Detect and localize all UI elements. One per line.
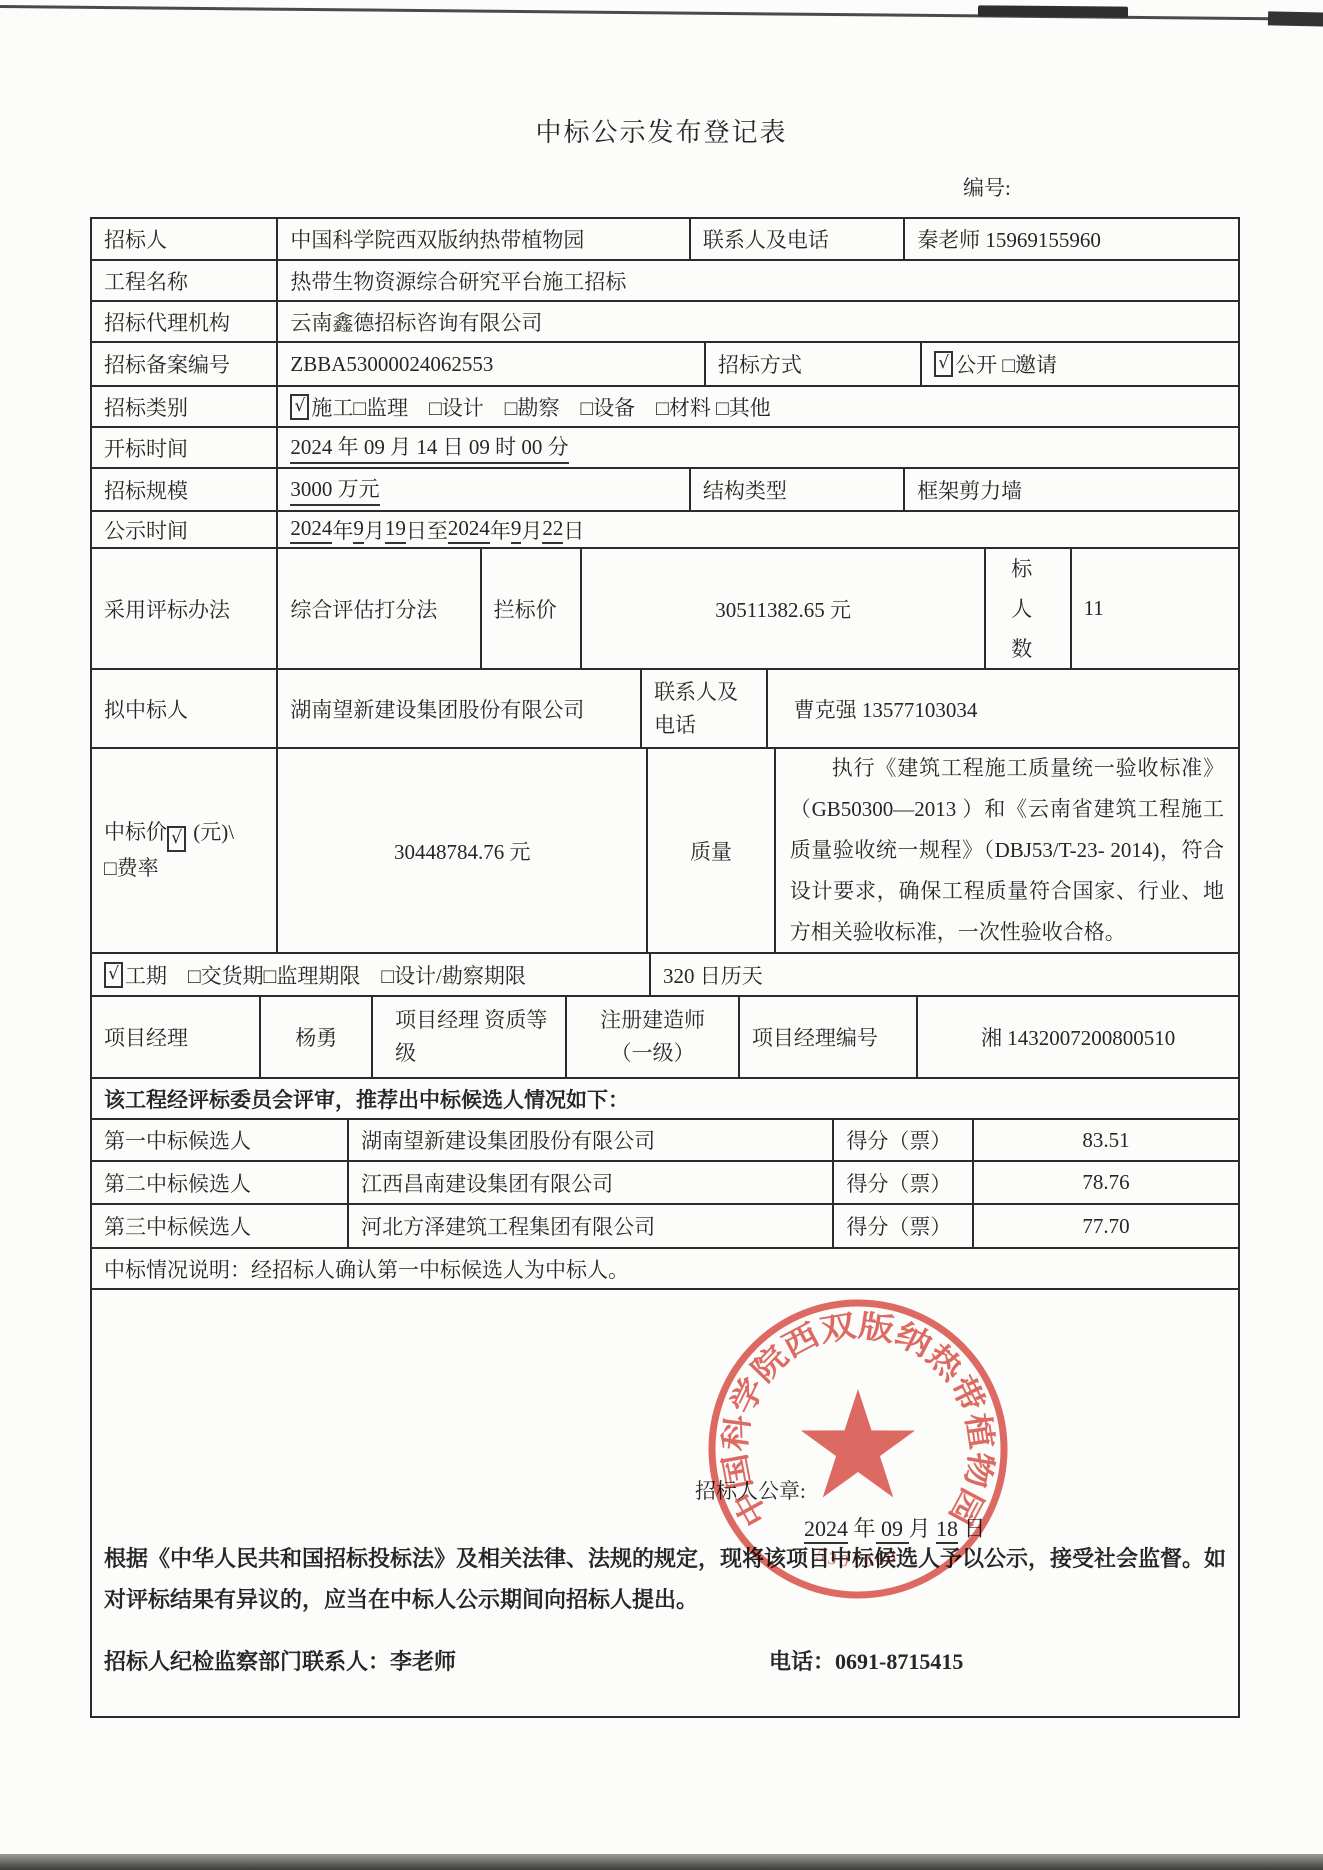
ceiling-price-value: 30511382.65 元 [582,549,986,668]
score-label: 得分（票） [834,1120,974,1160]
structure-type-value: 框架剪力墙 [905,469,1238,510]
project-name-label: 工程名称 [92,261,278,300]
seal-star-icon [801,1389,915,1498]
table-row: 招标备案编号 ZBBA53000024062553 招标方式 √公开 □邀请 [92,343,1238,387]
bid-category-checked: 施工 [311,392,353,422]
open-time-label: 开标时间 [92,428,278,467]
project-name-value: 热带生物资源综合研究平台施工招标 [278,261,1238,300]
checked-checkbox-icon: √ [167,826,186,852]
table-row: 该工程经评标委员会评审，推荐出中标候选人情况如下： [92,1079,1238,1120]
bidder-label: 招标人 [92,219,278,259]
winner-contact-value: 曹克强 13577103034 [768,670,1238,747]
proposed-winner-label: 拟中标人 [92,670,278,747]
candidate-rank-label: 第三中标候选人 [92,1205,349,1247]
result-note: 中标情况说明：经招标人确认第一中标候选人为中标人。 [92,1249,1238,1288]
quality-requirement: 执行《建筑工程施工质量统一验收标准》（GB50300—2013 ）和《云南省建筑… [776,749,1238,952]
publicity-time-label: 公示时间 [92,512,278,547]
candidate-company: 河北方泽建筑工程集团有限公司 [349,1205,834,1247]
candidate-score: 78.76 [974,1162,1238,1203]
table-row: 开标时间 2024 年 09 月 14 日 09 时 00 分 [92,428,1238,469]
discipline-contact: 招标人纪检监察部门联系人：李老师 [104,1645,456,1676]
legal-statement: 根据《中华人民共和国招标投标法》及相关法律、法规的规定，现将该项目中标候选人予以… [104,1538,1226,1620]
manager-grade-value: 注册建造师 （一级） [567,997,739,1077]
project-manager-label: 项目经理 [92,997,261,1077]
bidder-value: 中国科学院西双版纳热带植物园 [278,219,691,259]
bidder-contact-value: 秦老师 15969155960 [905,219,1238,259]
record-no-value: ZBBA53000024062553 [278,343,705,385]
proposed-winner-value: 湖南望新建设集团股份有限公司 [278,670,642,747]
scale-value: 3000 万元 [278,469,691,510]
evaluation-method-value: 综合评估打分法 [278,549,481,668]
official-red-seal: 中国科学院西双版纳热带植物园 5301000 [698,1299,1018,1619]
bid-category-options: √施工□监理 □设计 □勘察 □设备 □材料 □其他 [278,387,1238,426]
duration-options: √工期 □交货期□监理期限 □设计/勘察期限 [92,954,651,995]
table-row: √工期 □交货期□监理期限 □设计/勘察期限 320 日历天 [92,954,1238,997]
candidate-score: 77.70 [974,1205,1238,1247]
evaluation-method-label: 采用评标办法 [92,549,278,668]
bidder-count-value: 11 [1072,549,1238,668]
duration-checked: 工期 [125,960,167,990]
candidate-company: 江西昌南建设集团有限公司 [349,1162,834,1203]
agency-label: 招标代理机构 [92,302,278,341]
ceiling-price-label: 拦标价 [482,549,583,668]
table-row: 招标类别 √施工□监理 □设计 □勘察 □设备 □材料 □其他 [92,387,1238,428]
table-row: 项目经理 杨勇 项目经理 资质等级 注册建造师 （一级） 项目经理编号 湘 14… [92,997,1238,1079]
registration-table: 招标人 中国科学院西双版纳热带植物园 联系人及电话 秦老师 1596915596… [90,217,1240,1718]
bidder-contact-label: 联系人及电话 [691,219,905,259]
quality-label: 质量 [648,749,776,952]
candidate-company: 湖南望新建设集团股份有限公司 [349,1120,834,1160]
table-row: 招标代理机构 云南鑫德招标咨询有限公司 [92,302,1238,343]
bidder-count-label: 投 标 人 数 量 [986,549,1072,668]
checked-checkbox-icon: √ [934,351,953,377]
bid-method-options: √公开 □邀请 [922,343,1238,385]
candidate-row: 第三中标候选人 河北方泽建筑工程集团有限公司 得分（票） 77.70 [92,1205,1238,1249]
score-label: 得分（票） [834,1205,974,1247]
candidate-rank-label: 第二中标候选人 [92,1162,349,1203]
bid-method-label: 招标方式 [706,343,922,385]
scan-artifact-blob [978,5,1128,17]
duration-others: □交货期□监理期限 □设计/勘察期限 [167,960,526,990]
winning-price-label: 中标价√ (元)\ □费率 [92,749,278,952]
footer-cell: 招标人公章: 2024 年 09 月 18 日 根据《中华人民共和国招标投标法》… [92,1290,1238,1716]
manager-no-value: 湘 1432007200800510 [918,997,1238,1077]
table-row: 招标人公章: 2024 年 09 月 18 日 根据《中华人民共和国招标投标法》… [92,1290,1238,1716]
scale-label: 招标规模 [92,469,278,510]
discipline-phone: 电话：0691-8715415 [769,1645,963,1676]
score-label: 得分（票） [834,1162,974,1203]
winning-price-value: 30448784.76 元 [278,749,648,952]
candidate-row: 第一中标候选人 湖南望新建设集团股份有限公司 得分（票） 83.51 [92,1120,1238,1162]
publicity-time-value: 2024 年 9 月 19 日至 2024 年 9 月 22 日 [278,512,1238,547]
seal-serial-number: 5301000 [814,1545,902,1571]
winner-contact-label: 联系人及 电话 [642,670,768,747]
open-time-value: 2024 年 09 月 14 日 09 时 00 分 [278,428,1238,467]
table-row: 中标价√ (元)\ □费率 30448784.76 元 质量 执行《建筑工程施工… [92,749,1238,954]
page-title: 中标公示发布登记表 [0,112,1323,149]
table-row: 招标人 中国科学院西双版纳热带植物园 联系人及电话 秦老师 1596915596… [92,219,1238,261]
scanned-document-page: 中标公示发布登记表 编号: 招标人 中国科学院西双版纳热带植物园 联系人及电话 … [0,0,1323,1870]
record-no-label: 招标备案编号 [92,343,278,385]
manager-no-label: 项目经理编号 [740,997,918,1077]
open-time-text: 2024 年 09 月 14 日 09 时 00 分 [290,431,568,464]
table-row: 公示时间 2024 年 9 月 19 日至 2024 年 9 月 22 日 [92,512,1238,549]
manager-grade-label: 项目经理 资质等级 [373,997,567,1077]
committee-note: 该工程经评标委员会评审，推荐出中标候选人情况如下： [92,1079,1238,1118]
candidate-rank-label: 第一中标候选人 [92,1120,349,1160]
scan-artifact-bottom-strip [0,1854,1323,1870]
scan-artifact-corner [1268,11,1323,26]
agency-value: 云南鑫德招标咨询有限公司 [278,302,1238,341]
table-row: 招标规模 3000 万元 结构类型 框架剪力墙 [92,469,1238,512]
table-row: 工程名称 热带生物资源综合研究平台施工招标 [92,261,1238,302]
project-manager-name: 杨勇 [261,997,373,1077]
table-row: 拟中标人 湖南望新建设集团股份有限公司 联系人及 电话 曹克强 13577103… [92,670,1238,749]
checked-checkbox-icon: √ [290,394,309,420]
bid-category-label: 招标类别 [92,387,278,426]
table-row: 采用评标办法 综合评估打分法 拦标价 30511382.65 元 投 标 人 数… [92,549,1238,670]
fee-rate-option: □费率 [104,856,159,880]
table-row: 中标情况说明：经招标人确认第一中标候选人为中标人。 [92,1249,1238,1290]
structure-type-label: 结构类型 [691,469,905,510]
duration-value: 320 日历天 [651,954,1238,995]
scale-text: 3000 万元 [290,473,379,506]
checked-checkbox-icon: √ [104,962,123,988]
candidate-row: 第二中标候选人 江西昌南建设集团有限公司 得分（票） 78.76 [92,1162,1238,1205]
bid-method-checked: 公开 [955,349,997,379]
serial-number-label: 编号: [963,172,1011,202]
bid-method-others: □邀请 [1002,349,1057,379]
bid-category-others: □监理 □设计 □勘察 □设备 □材料 □其他 [353,392,770,422]
candidate-score: 83.51 [974,1120,1238,1160]
